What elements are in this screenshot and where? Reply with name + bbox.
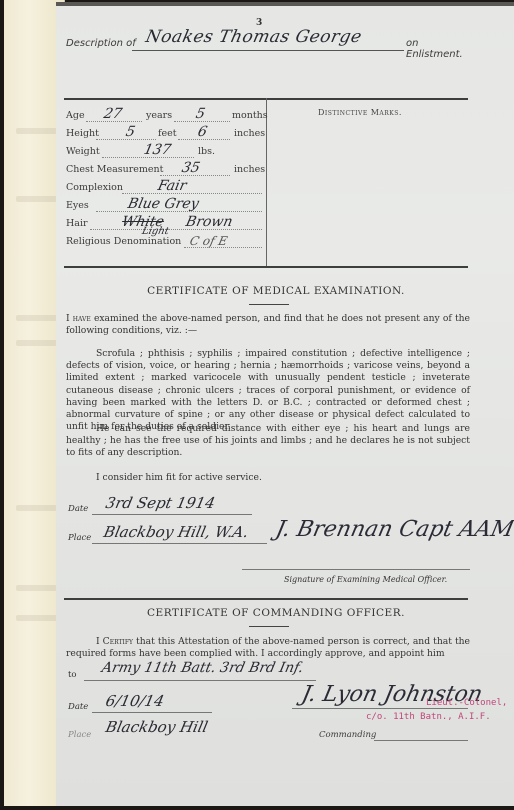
box-divider bbox=[266, 98, 267, 268]
commanding-underline bbox=[374, 740, 468, 741]
age-label: Age bbox=[66, 110, 85, 121]
intro-text: examined the above-named person, and fin… bbox=[66, 313, 470, 336]
title-rule-2 bbox=[249, 626, 289, 627]
field-hair: Hair White Brown Light bbox=[66, 213, 262, 231]
chest-label: Chest Measurement bbox=[66, 164, 163, 175]
date-underline-2 bbox=[92, 712, 212, 713]
months-unit: months bbox=[232, 110, 268, 121]
feet-unit: feet bbox=[158, 128, 177, 139]
commanding-place-label: Place bbox=[68, 730, 91, 740]
eyes-label: Eyes bbox=[66, 200, 89, 211]
medical-date-label: Date bbox=[68, 504, 88, 514]
rank-stamp: Lieut.-Colonel, bbox=[426, 698, 507, 708]
bleed-through-text bbox=[16, 128, 60, 134]
field-age: Age 27 years 5 months bbox=[66, 105, 262, 123]
age-months: 5 bbox=[194, 106, 206, 122]
date-underline bbox=[92, 514, 252, 515]
medical-certificate-title: CERTIFICATE OF MEDICAL EXAMINATION. bbox=[56, 285, 496, 297]
place-underline bbox=[92, 543, 267, 544]
complexion-value: Fair bbox=[156, 178, 188, 194]
bleed-through-text bbox=[16, 196, 60, 202]
commanding-date-label: Date bbox=[68, 702, 88, 712]
hair-label: Hair bbox=[66, 218, 88, 229]
medical-date-value: 3rd Sept 1914 bbox=[104, 494, 217, 512]
commanding-label: Commanding bbox=[319, 730, 376, 740]
to-underline bbox=[84, 680, 316, 681]
description-underline bbox=[132, 50, 404, 51]
unit-stamp: c/o. 11th Batn., A.I.F. bbox=[366, 712, 491, 722]
certify-lead: I Certify bbox=[96, 636, 133, 647]
bleed-through-text bbox=[16, 615, 60, 621]
bleed-through-text bbox=[16, 585, 60, 591]
bleed-through-text bbox=[16, 505, 60, 511]
conditions-list: Scrofula ; phthisis ; syphilis ; impaire… bbox=[66, 348, 470, 433]
signature-caption: Signature of Examining Medical Officer. bbox=[284, 575, 447, 584]
description-label: Description of bbox=[66, 38, 136, 49]
description-suffix: on Enlistment. bbox=[406, 38, 476, 60]
years-unit: years bbox=[146, 110, 172, 121]
chest-unit: inches bbox=[234, 164, 265, 175]
chest-value: 35 bbox=[180, 160, 201, 176]
intro-lead: I have bbox=[66, 313, 91, 324]
commanding-certificate-title: CERTIFICATE OF COMMANDING OFFICER. bbox=[56, 607, 496, 619]
co-signature-line bbox=[292, 708, 468, 709]
weight-label: Weight bbox=[66, 146, 100, 157]
bleed-through-text bbox=[16, 340, 60, 346]
section-divider-rule bbox=[64, 598, 468, 600]
box-bottom-rule bbox=[64, 266, 468, 268]
fitness-statement: He can see the required distance with ei… bbox=[66, 423, 470, 460]
signature-line bbox=[242, 569, 470, 570]
lbs-unit: lbs. bbox=[198, 146, 215, 157]
fitness-conclusion: I consider him fit for active service. bbox=[66, 472, 470, 484]
height-inches: 6 bbox=[196, 124, 208, 140]
field-height: Height 5 feet 6 inches bbox=[66, 123, 262, 141]
distinctive-marks-label: Distinctive Marks. bbox=[318, 108, 402, 117]
medical-officer-signature: J. Brennan Capt AAMC bbox=[273, 517, 514, 542]
inches-unit: inches bbox=[234, 128, 265, 139]
age-years: 27 bbox=[102, 106, 123, 122]
commanding-date-value: 6/10/14 bbox=[104, 692, 166, 710]
medical-place-value: Blackboy Hill, W.A. bbox=[102, 523, 250, 541]
height-feet: 5 bbox=[124, 124, 136, 140]
medical-place-label: Place bbox=[68, 533, 91, 543]
field-religion: Religious Denomination C of E bbox=[66, 231, 262, 249]
field-complexion: Complexion Fair bbox=[66, 177, 262, 195]
weight-value: 137 bbox=[142, 142, 172, 158]
field-chest: Chest Measurement 35 inches bbox=[66, 159, 262, 177]
description-line: Description of Noakes Thomas George on E… bbox=[66, 29, 476, 51]
bleed-through-text bbox=[16, 315, 60, 321]
complexion-label: Complexion bbox=[66, 182, 123, 193]
soldier-name: Noakes Thomas George bbox=[144, 27, 364, 47]
page-top-edge bbox=[56, 2, 514, 6]
hair-value: Brown bbox=[184, 214, 234, 230]
medical-intro: I have examined the above-named person, … bbox=[66, 313, 470, 337]
attestation-page: 3 Description of Noakes Thomas George on… bbox=[56, 2, 514, 806]
commanding-place-value: Blackboy Hill bbox=[104, 718, 209, 736]
eyes-value: Blue Grey bbox=[126, 196, 200, 212]
field-eyes: Eyes Blue Grey bbox=[66, 195, 262, 213]
appoint-to-value: Army 11th Batt. 3rd Brd Inf. bbox=[100, 660, 305, 676]
religion-label: Religious Denomination bbox=[66, 236, 181, 247]
field-weight: Weight 137 lbs. bbox=[66, 141, 262, 159]
height-label: Height bbox=[66, 128, 99, 139]
title-rule bbox=[249, 304, 289, 305]
religion-value: C of E bbox=[189, 234, 229, 248]
appoint-to-label: to bbox=[68, 670, 77, 680]
commanding-statement: I Certify that this Attestation of the a… bbox=[66, 636, 470, 660]
